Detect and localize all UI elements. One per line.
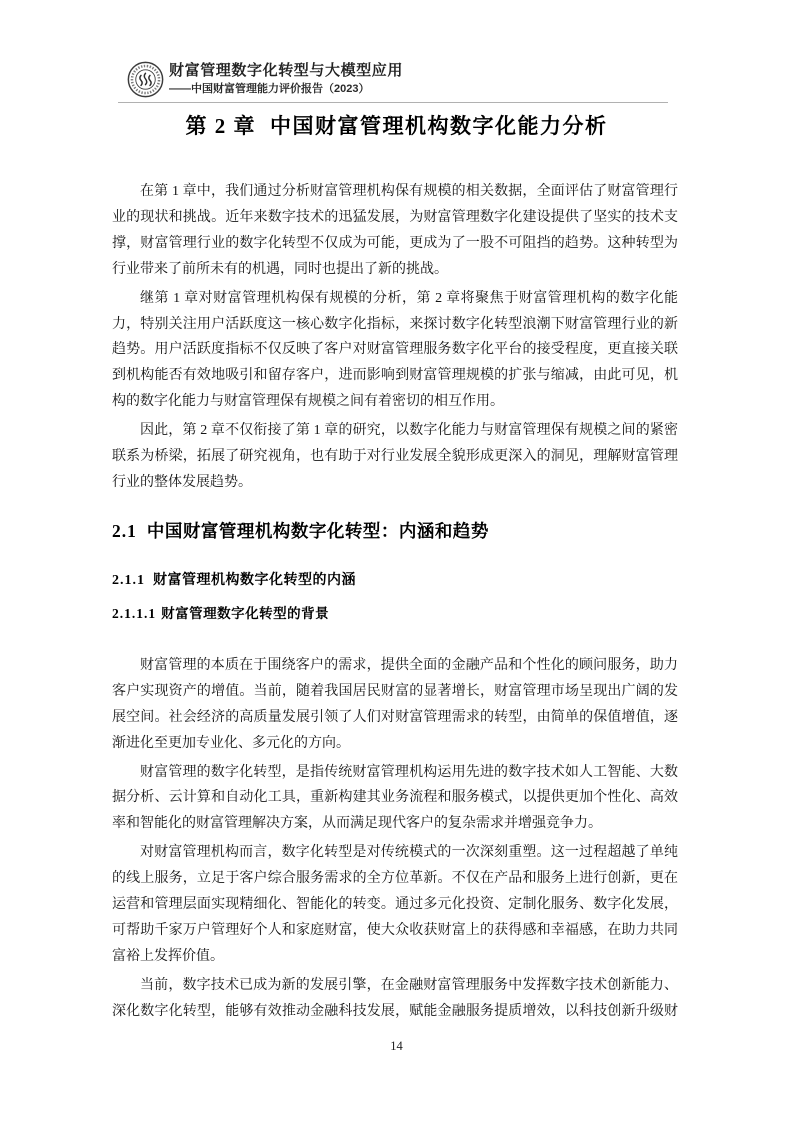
subsection-heading-2-1-1: 2.1.1财富管理机构数字化转型的内涵 [112, 569, 678, 591]
header-text-block: 财富管理数字化转型与大模型应用 ——中国财富管理能力评价报告（2023） [169, 61, 403, 96]
chapter-title: 第 2 章中国财富管理机构数字化能力分析 [0, 112, 793, 141]
subsection-title: 财富管理机构数字化转型的内涵 [153, 571, 356, 587]
section-number: 2.1 [112, 521, 137, 541]
paragraph-background-2: 财富管理的数字化转型，是指传统财富管理机构运用先进的数字技术如人工智能、大数据分… [112, 760, 678, 838]
paragraph-background-3: 对财富管理机构而言，数字化转型是对传统模式的一次深刻重塑。这一过程超越了单纯的线… [112, 840, 678, 970]
paragraph-background-4: 当前，数字技术已成为新的发展引擎，在金融财富管理服务中发挥数字技术创新能力、深化… [112, 973, 678, 1025]
paragraph-intro-3: 因此，第 2 章不仅衔接了第 1 章的研究，以数字化能力与财富管理保有规模之间的… [112, 418, 678, 496]
paragraph-background-1: 财富管理的本质在于围绕客户的需求，提供全面的金融产品和个性化的顾问服务，助力客户… [112, 653, 678, 757]
report-seal-icon [127, 61, 164, 98]
page-number: 14 [0, 1039, 793, 1054]
section-title: 中国财富管理机构数字化转型：内涵和趋势 [147, 521, 489, 541]
page-header: 财富管理数字化转型与大模型应用 ——中国财富管理能力评价报告（2023） [127, 61, 403, 98]
body-content: 在第 1 章中，我们通过分析财富管理机构保有规模的相关数据，全面评估了财富管理行… [112, 179, 678, 1028]
header-divider [118, 102, 668, 103]
paragraph-intro-2: 继第 1 章对财富管理机构保有规模的分析，第 2 章将聚焦于财富管理机构的数字化… [112, 286, 678, 416]
subsection-number: 2.1.1 [112, 573, 145, 588]
subsubsection-title: 财富管理数字化转型的背景 [161, 606, 329, 621]
report-subtitle: ——中国财富管理能力评价报告（2023） [169, 83, 403, 96]
paragraph-intro-1: 在第 1 章中，我们通过分析财富管理机构保有规模的相关数据，全面评估了财富管理行… [112, 179, 678, 283]
chapter-name: 中国财富管理机构数字化能力分析 [270, 115, 608, 138]
subsubsection-number: 2.1.1.1 [112, 606, 156, 621]
chapter-number: 第 2 章 [186, 114, 257, 138]
section-heading-2-1: 2.1中国财富管理机构数字化转型：内涵和趋势 [112, 518, 678, 544]
document-page: 财富管理数字化转型与大模型应用 ——中国财富管理能力评价报告（2023） 第 2… [0, 0, 793, 1122]
report-title: 财富管理数字化转型与大模型应用 [169, 63, 403, 80]
subsubsection-heading-2-1-1-1: 2.1.1.1财富管理数字化转型的背景 [112, 604, 678, 624]
